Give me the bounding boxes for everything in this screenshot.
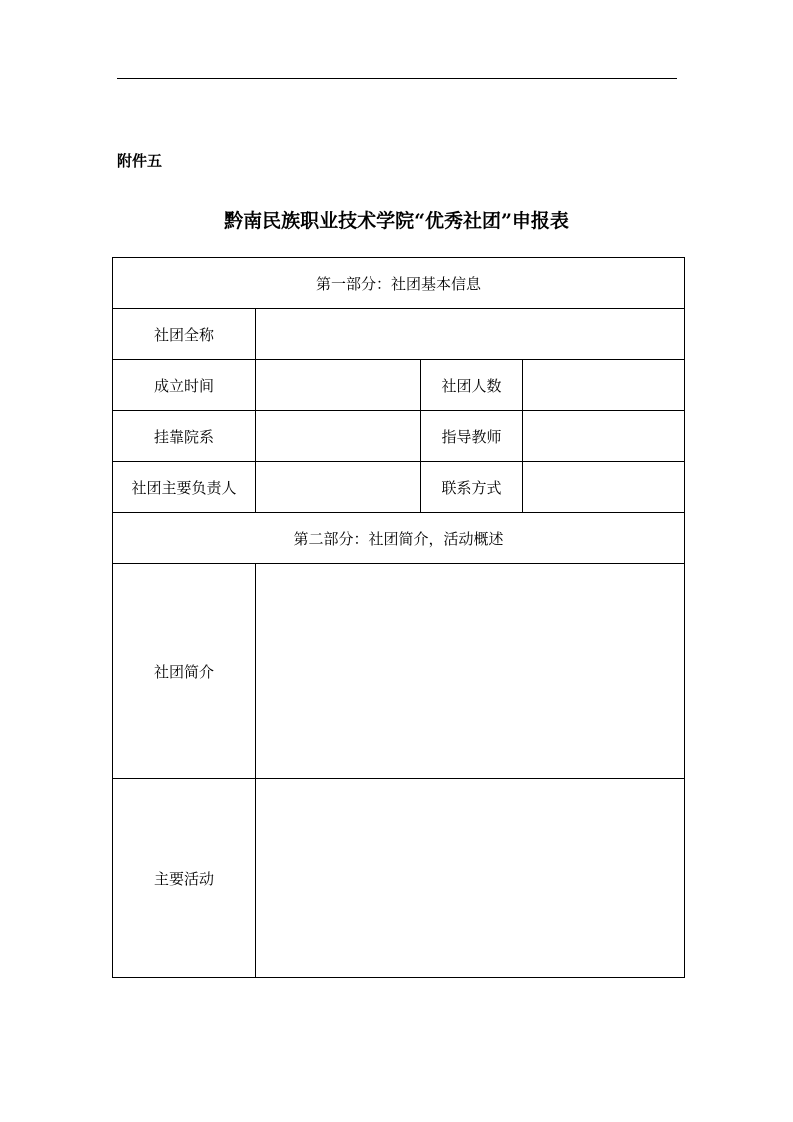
activities-row: 主要活动 xyxy=(113,779,685,978)
full-name-field[interactable] xyxy=(256,309,685,360)
founded-field[interactable] xyxy=(256,360,421,411)
contact-label: 联系方式 xyxy=(421,462,523,513)
section2-heading: 第二部分：社团简介，活动概述 xyxy=(113,513,685,564)
founded-label: 成立时间 xyxy=(113,360,256,411)
member-count-field[interactable] xyxy=(523,360,685,411)
activities-field[interactable] xyxy=(256,779,685,978)
full-name-row: 社团全称 xyxy=(113,309,685,360)
application-form-table: 第一部分：社团基本信息 社团全称 成立时间 社团人数 挂靠院系 指导教师 社团主… xyxy=(112,257,685,978)
full-name-label: 社团全称 xyxy=(113,309,256,360)
contact-field[interactable] xyxy=(523,462,685,513)
intro-row: 社团简介 xyxy=(113,564,685,779)
affiliated-dept-label: 挂靠院系 xyxy=(113,411,256,462)
section2-header-row: 第二部分：社团简介，活动概述 xyxy=(113,513,685,564)
header-rule xyxy=(117,78,677,79)
dept-advisor-row: 挂靠院系 指导教师 xyxy=(113,411,685,462)
activities-label: 主要活动 xyxy=(113,779,256,978)
leader-contact-row: 社团主要负责人 联系方式 xyxy=(113,462,685,513)
member-count-label: 社团人数 xyxy=(421,360,523,411)
leader-field[interactable] xyxy=(256,462,421,513)
section1-heading: 第一部分：社团基本信息 xyxy=(113,258,685,309)
leader-label: 社团主要负责人 xyxy=(113,462,256,513)
advisor-label: 指导教师 xyxy=(421,411,523,462)
section1-header-row: 第一部分：社团基本信息 xyxy=(113,258,685,309)
intro-field[interactable] xyxy=(256,564,685,779)
intro-label: 社团简介 xyxy=(113,564,256,779)
founded-members-row: 成立时间 社团人数 xyxy=(113,360,685,411)
advisor-field[interactable] xyxy=(523,411,685,462)
attachment-label: 附件五 xyxy=(117,150,162,171)
affiliated-dept-field[interactable] xyxy=(256,411,421,462)
page-title: 黔南民族职业技术学院“优秀社团”申报表 xyxy=(0,206,793,233)
